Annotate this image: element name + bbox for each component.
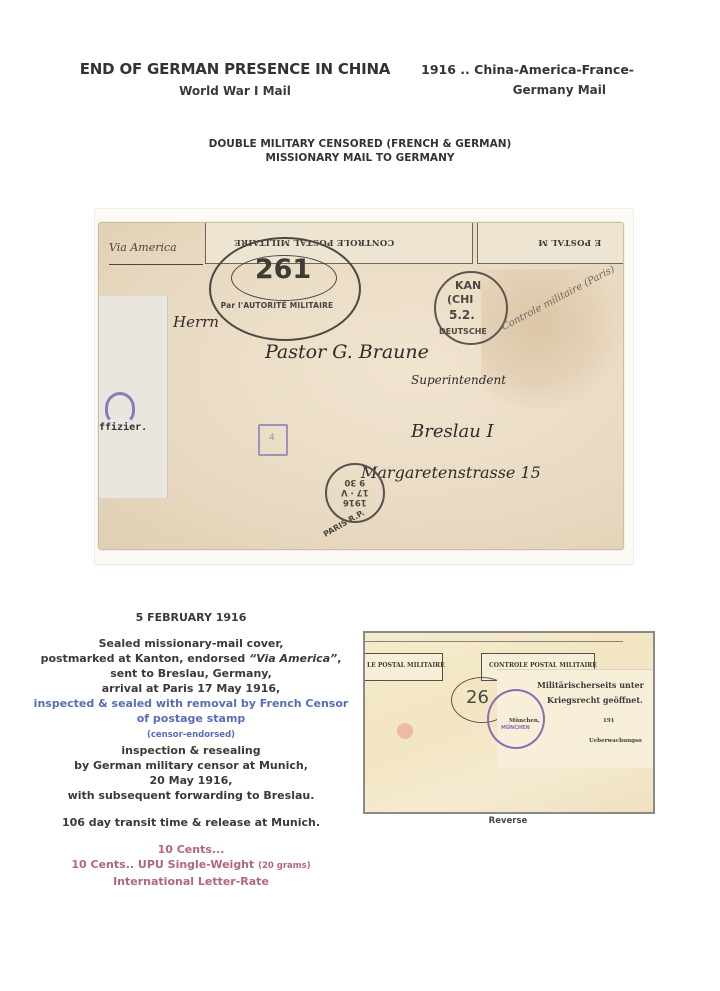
route-title: 1916 .. China-America-France-	[412, 62, 634, 77]
address-city: Breslau I	[411, 421, 494, 442]
munich-censor-postmark: MÜNCHEN	[487, 689, 545, 749]
desc-line-4: arrival at Paris 17 May 1916,	[22, 681, 360, 696]
transit-note: 106 day transit time & release at Munich…	[22, 815, 360, 830]
paris-postmark-date: 1916 17 · V 9 30	[341, 477, 369, 507]
desc-line-5: inspection & resealing	[22, 743, 360, 758]
page-subtitle: World War I Mail	[70, 84, 400, 98]
cachet-number: 261	[253, 254, 313, 285]
german-label-line-2: Kriegsrecht geöffnet.	[547, 695, 643, 705]
address-street: Margaretenstrasse 15	[361, 463, 541, 482]
header-left: END OF GERMAN PRESENCE IN CHINA World Wa…	[70, 60, 400, 98]
kanton-postmark-bottom: DEUTSCHE	[439, 327, 487, 336]
censor-strip-text: ffizier.	[99, 422, 147, 433]
page-title: END OF GERMAN PRESENCE IN CHINA	[70, 60, 400, 78]
kanton-postmark-date: 5.2.	[449, 308, 475, 322]
cover-front-image: Via America CONTROLE POSTAL MILITAIRE E …	[98, 222, 624, 550]
subtitle-line-2: MISSIONARY MAIL TO GERMANY	[150, 151, 570, 165]
desc-line-6: by German military censor at Munich,	[22, 758, 360, 773]
german-label-sign: Ueberwachungso	[589, 738, 642, 744]
reverse-caption: Reverse	[363, 816, 653, 826]
via-underline	[109, 264, 203, 265]
french-censor-note-1: inspected & sealed with removal by Frenc…	[22, 696, 360, 711]
censor-endorsed-note: (censor-endorsed)	[22, 726, 360, 743]
via-endorsement: Via America	[109, 241, 177, 254]
censor-label-right-text: E POSTAL M	[538, 237, 601, 247]
rate-line-3: International Letter-Rate	[22, 874, 360, 889]
wax-seal-mark	[397, 723, 413, 739]
address-name: Pastor G. Braune	[265, 341, 429, 363]
exhibit-subtitle: DOUBLE MILITARY CENSORED (FRENCH & GERMA…	[150, 137, 570, 165]
censor-signature-mark	[105, 392, 135, 424]
header-right: 1916 .. China-America-France- Germany Ma…	[412, 62, 634, 97]
kanton-postmark-country: (CHI	[447, 293, 473, 306]
desc-line-3: sent to Breslau, Germany,	[22, 666, 360, 681]
desc-line-1: Sealed missionary-mail cover,	[22, 636, 360, 651]
cachet-text: Par l'AUTORITÉ MILITAIRE	[207, 301, 347, 310]
rate-line-2: 10 Cents.. UPU Single-Weight (20 grams)	[22, 857, 360, 874]
kanton-postmark-city: KAN	[455, 279, 481, 292]
cover-reverse-image: LE POSTAL MILITAIRE CONTROLE POSTAL MILI…	[363, 631, 655, 814]
desc-line-2: postmarked at Kanton, endorsed “Via Amer…	[22, 651, 360, 666]
address-title: Superintendent	[411, 373, 506, 387]
route-subtitle: Germany Mail	[412, 83, 634, 97]
censor-label-right: E POSTAL M	[477, 223, 624, 264]
rate-line-1: 10 Cents...	[22, 842, 360, 857]
german-label-line-1: Militärischerseits unter	[537, 680, 644, 690]
reverse-label-left: LE POSTAL MILITAIRE	[363, 653, 443, 681]
subtitle-line-1: DOUBLE MILITARY CENSORED (FRENCH & GERMA…	[150, 137, 570, 151]
boxed-censor-mark: 4	[258, 424, 288, 456]
desc-line-7: 20 May 1916,	[22, 773, 360, 788]
cover-date: 5 FEBRUARY 1916	[22, 610, 360, 625]
french-censor-note-2: of postage stamp	[22, 711, 360, 726]
exhibit-description: 5 FEBRUARY 1916 Sealed missionary-mail c…	[22, 610, 360, 889]
german-censor-strip: ffizier.	[98, 296, 168, 498]
desc-line-8: with subsequent forwarding to Breslau.	[22, 788, 360, 803]
address-salutation: Herrn	[173, 313, 219, 331]
german-label-year: 191	[603, 718, 614, 724]
reverse-rule	[365, 641, 623, 642]
boxed-censor-mark-number: 4	[269, 433, 275, 443]
